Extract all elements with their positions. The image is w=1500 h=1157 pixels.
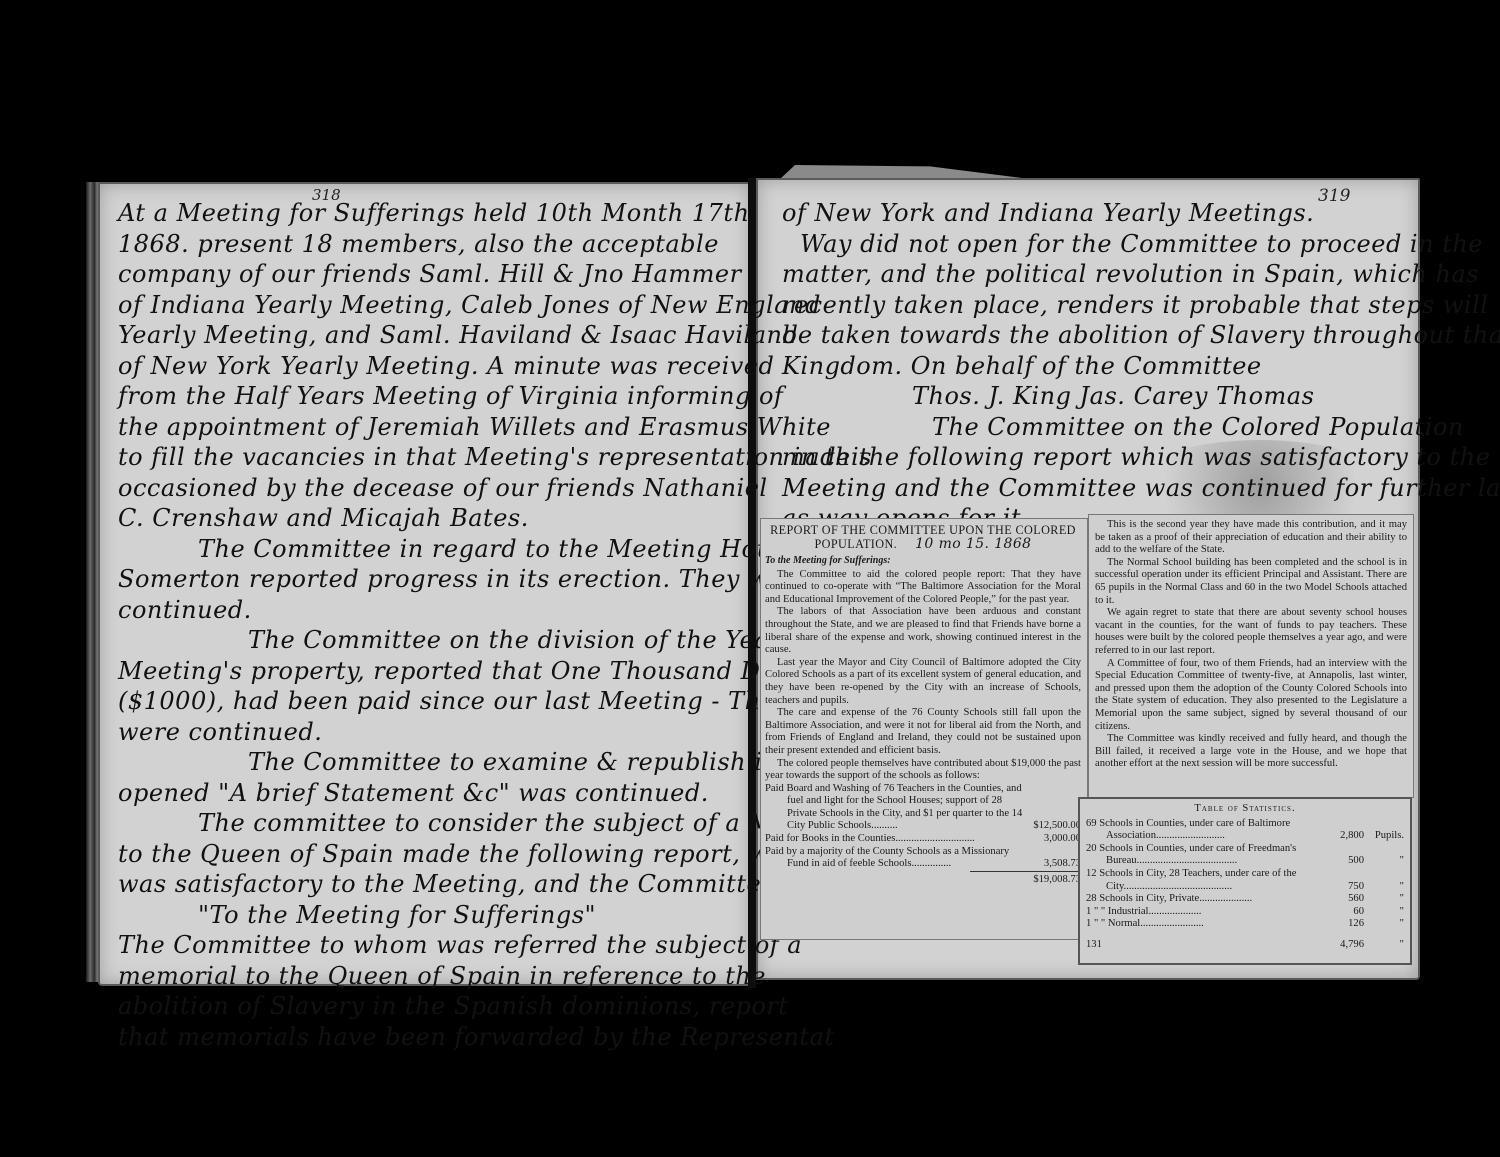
table-title: Table of Statistics. (1086, 803, 1404, 816)
account-total: $19,008.73 (970, 871, 1081, 887)
account-row: Paid by a majority of the County Schools… (765, 846, 1081, 871)
newspaper-clipping-report: REPORT OF THE COMMITTEE UPON THE COLORED… (760, 518, 1088, 940)
handwritten-line: Way did not open for the Committee to pr… (782, 229, 1500, 260)
clipping-paragraph: The Normal School building has been comp… (1095, 557, 1407, 607)
table-row: 12 Schools in City, 28 Teachers, under c… (1086, 868, 1404, 893)
handwritten-line: of New York and Indiana Yearly Meetings. (782, 198, 1500, 229)
table-row: 1 " " Industrial.................... 60 … (1086, 906, 1404, 919)
handwritten-line: to fill the vacancies in that Meeting's … (118, 442, 892, 473)
handwritten-line: Yearly Meeting, and Saml. Haviland & Isa… (118, 320, 892, 351)
account-row: Paid for Books in the Counties..........… (765, 833, 1081, 846)
handwritten-line: 1868. present 18 members, also the accep… (118, 229, 892, 260)
handwritten-line: matter, and the political revolution in … (782, 259, 1500, 290)
handwritten-line: At a Meeting for Sufferings held 10th Mo… (118, 198, 892, 229)
table-total-row: 131 4,796 " (1086, 939, 1404, 952)
salutation: To the Meeting for Sufferings: (765, 555, 1081, 568)
clipping-paragraph: The Committee was kindly received and fu… (1095, 733, 1407, 771)
clipping-paragraph: This is the second year they have made t… (1095, 519, 1407, 557)
handwritten-line: that memorials have been forwarded by th… (118, 1022, 892, 1053)
clipping-paragraph: The colored people themselves have contr… (765, 758, 1081, 783)
handwritten-line: memorial to the Queen of Spain in refere… (118, 961, 892, 992)
handwritten-line: the appointment of Jeremiah Willets and … (118, 412, 892, 443)
handwritten-line: company of our friends Saml. Hill & Jno … (118, 259, 892, 290)
table-row: 1 " " Normal........................ 126… (1086, 918, 1404, 931)
clipping-paragraph: A Committee of four, two of them Friends… (1095, 658, 1407, 734)
newspaper-clipping-continued: This is the second year they have made t… (1088, 514, 1414, 798)
page-tab-fragment (780, 165, 1030, 179)
clipping-paragraph: The labors of that Association have been… (765, 606, 1081, 656)
handwritten-line: be taken towards the abolition of Slaver… (782, 320, 1500, 351)
clipping-paragraph: Last year the Mayor and City Council of … (765, 657, 1081, 707)
handwritten-line: Kingdom. On behalf of the Committee (782, 351, 1500, 382)
account-row: Paid Board and Washing of 76 Teachers in… (765, 783, 1081, 833)
handwritten-line: The Committee on the Colored Population (782, 412, 1500, 443)
handwritten-date: 10 mo 15. 1868 (915, 536, 1031, 552)
table-row: 20 Schools in Counties, under care of Fr… (1086, 843, 1404, 868)
right-page-handwriting: of New York and Indiana Yearly Meetings.… (782, 198, 1500, 534)
table-row: 69 Schools in Counties, under care of Ba… (1086, 818, 1404, 843)
handwritten-line: recently taken place, renders it probabl… (782, 290, 1500, 321)
clipping-paragraph: The care and expense of the 76 County Sc… (765, 707, 1081, 757)
handwritten-line: made the following report which was sati… (782, 442, 1500, 473)
handwritten-line: Meeting and the Committee was continued … (782, 473, 1500, 504)
table-row: 28 Schools in City, Private.............… (1086, 893, 1404, 906)
handwritten-line: occasioned by the decease of our friends… (118, 473, 892, 504)
handwritten-line: of New York Yearly Meeting. A minute was… (118, 351, 892, 382)
clipping-paragraph: The Committee to aid the colored people … (765, 569, 1081, 607)
signature-line: Thos. J. King Jas. Carey Thomas (782, 381, 1500, 412)
handwritten-line: from the Half Years Meeting of Virginia … (118, 381, 892, 412)
handwritten-line: abolition of Slavery in the Spanish domi… (118, 991, 892, 1022)
clipping-title: REPORT OF THE COMMITTEE UPON THE COLORED… (765, 523, 1081, 551)
statistics-table: Table of Statistics. 69 Schools in Count… (1078, 797, 1412, 965)
handwritten-line: of Indiana Yearly Meeting, Caleb Jones o… (118, 290, 892, 321)
clipping-paragraph: We again regret to state that there are … (1095, 607, 1407, 657)
